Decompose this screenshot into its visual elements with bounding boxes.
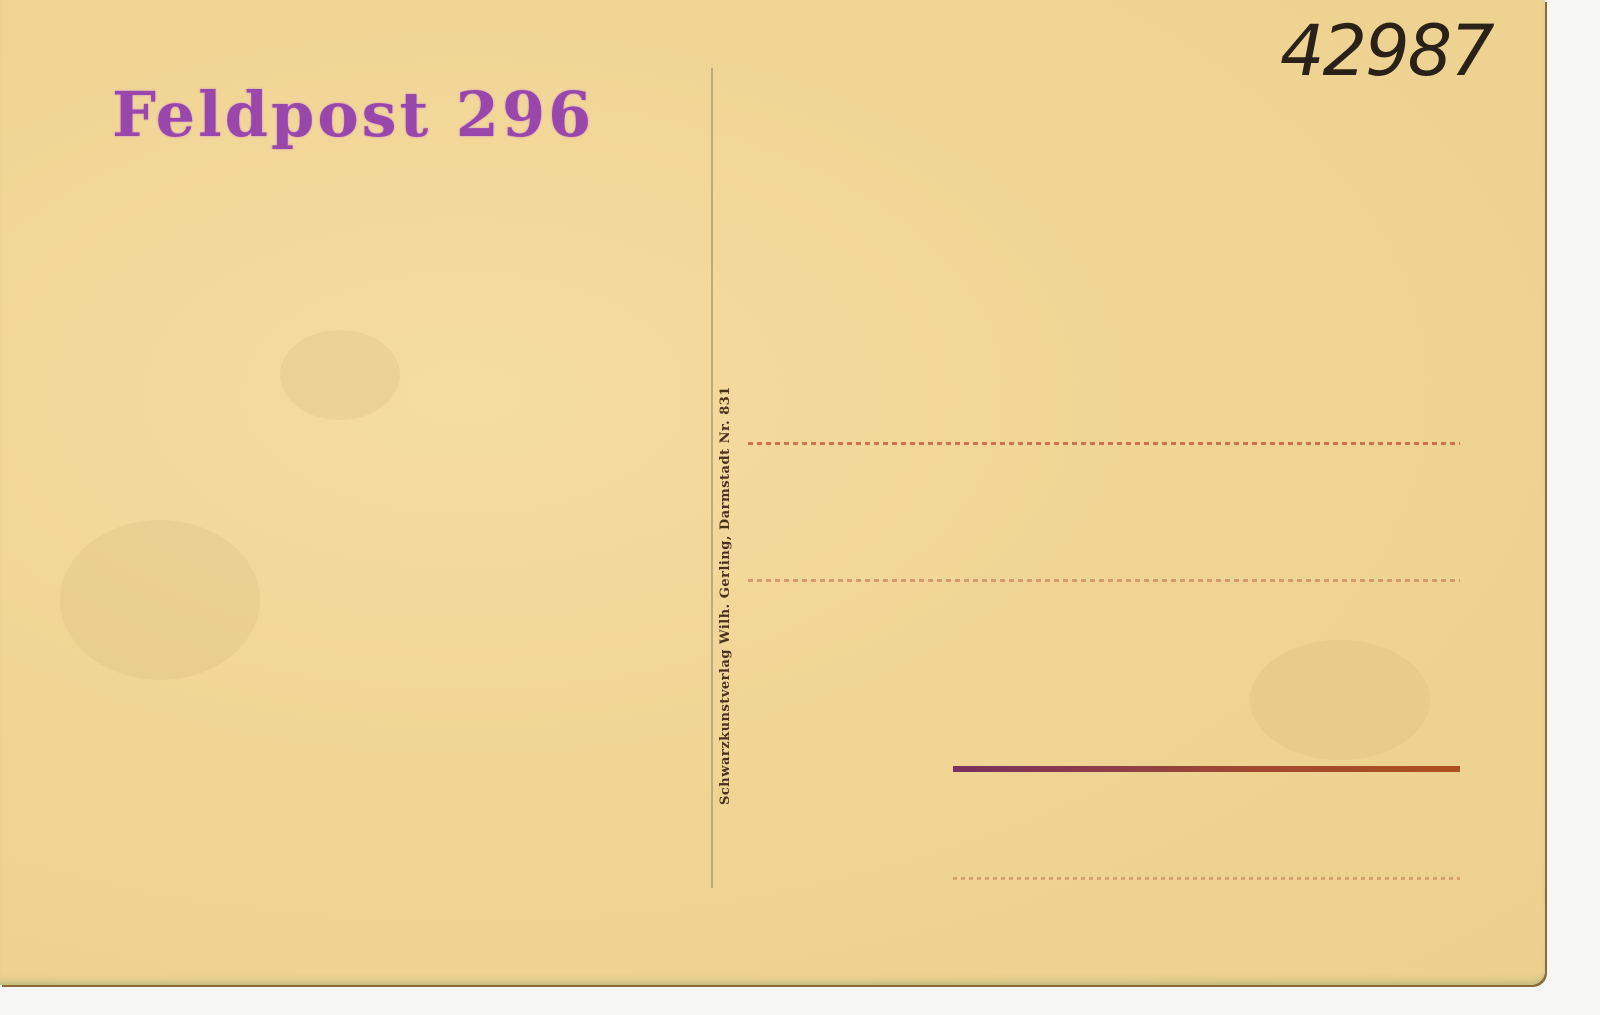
stain <box>60 520 260 680</box>
address-line-2 <box>748 579 1460 582</box>
feldpost-stamp: Feldpost 296 <box>112 78 594 151</box>
stain <box>280 330 400 420</box>
postcard-back: Feldpost 296 42987 Schwarzkunstverlag Wi… <box>0 0 1545 985</box>
publisher-imprint: Schwarzkunstverlag Wilh. Gerling, Darmst… <box>718 185 733 805</box>
handwritten-number: 42987 <box>1280 10 1493 92</box>
address-line-4 <box>953 877 1460 880</box>
address-line-1 <box>748 442 1460 445</box>
center-divider <box>711 68 713 888</box>
address-line-3 <box>953 766 1460 772</box>
stain <box>1250 640 1430 760</box>
